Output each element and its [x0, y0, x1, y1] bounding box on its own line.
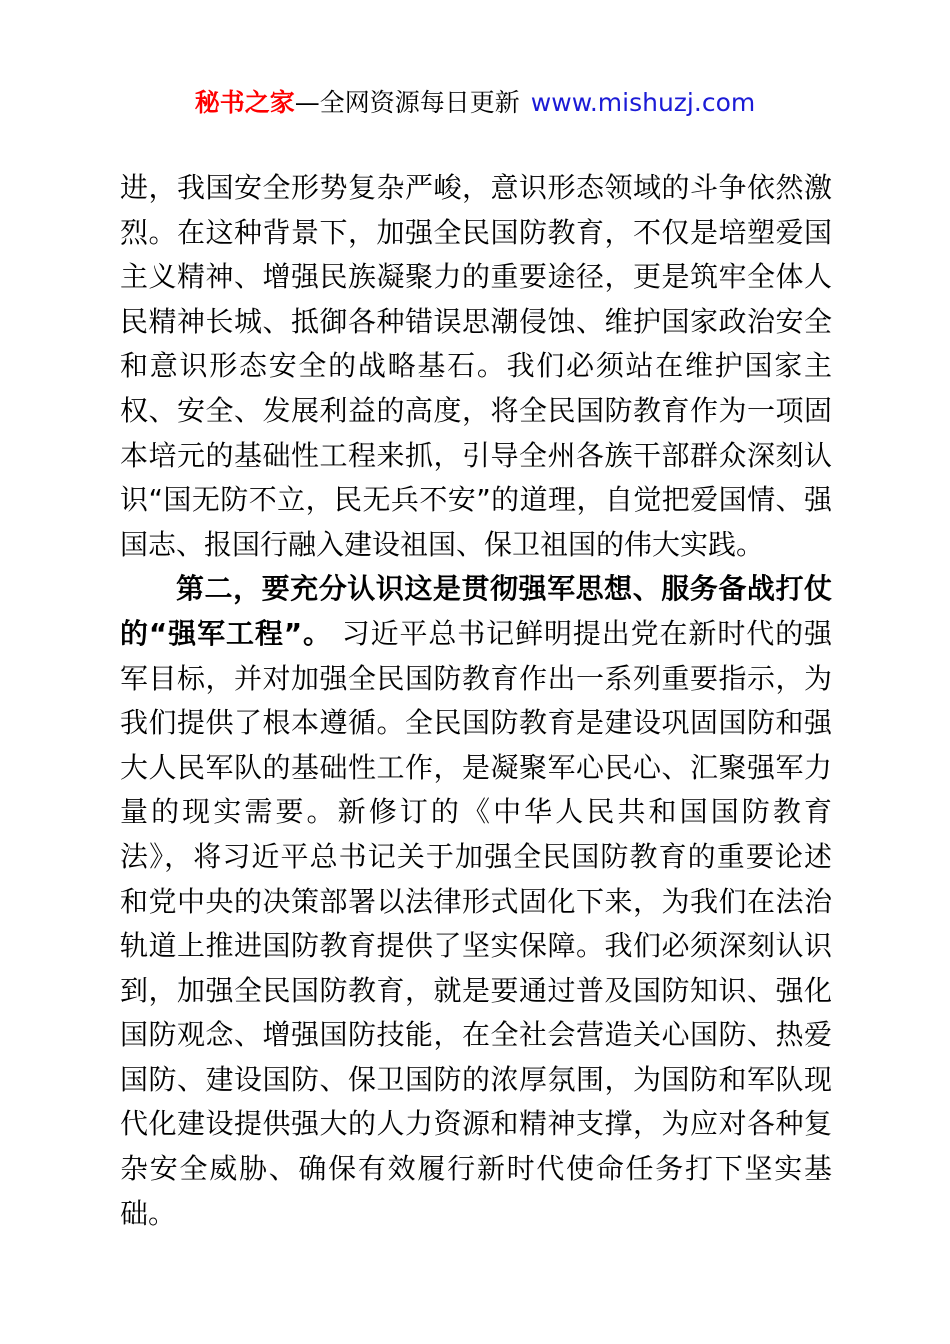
document-page: 秘书之家—全网资源每日更新www.mishuzj.com 进，我国安全形势复杂严… — [0, 0, 950, 1344]
site-header: 秘书之家—全网资源每日更新www.mishuzj.com — [0, 82, 950, 124]
site-url: www.mishuzj.com — [531, 88, 755, 117]
paragraph: 进，我国安全形势复杂严峻，意识形态领域的斗争依然激烈。在这种背景下，加强全民国防… — [120, 166, 832, 567]
site-tagline: —全网资源每日更新 — [295, 88, 520, 117]
document-body: 进，我国安全形势复杂严峻，意识形态领域的斗争依然激烈。在这种背景下，加强全民国防… — [120, 166, 832, 1236]
site-name: 秘书之家 — [195, 88, 295, 117]
paragraph: 第二，要充分认识这是贯彻强军思想、服务备战打仗的“强军工程”。 习近平总书记鲜明… — [120, 567, 832, 1236]
text-run: 进，我国安全形势复杂严峻，意识形态领域的斗争依然激烈。在这种背景下，加强全民国防… — [120, 171, 832, 561]
text-run: 习近平总书记鲜明提出党在新时代的强军目标，并对加强全民国防教育作出一系列重要指示… — [120, 617, 832, 1230]
